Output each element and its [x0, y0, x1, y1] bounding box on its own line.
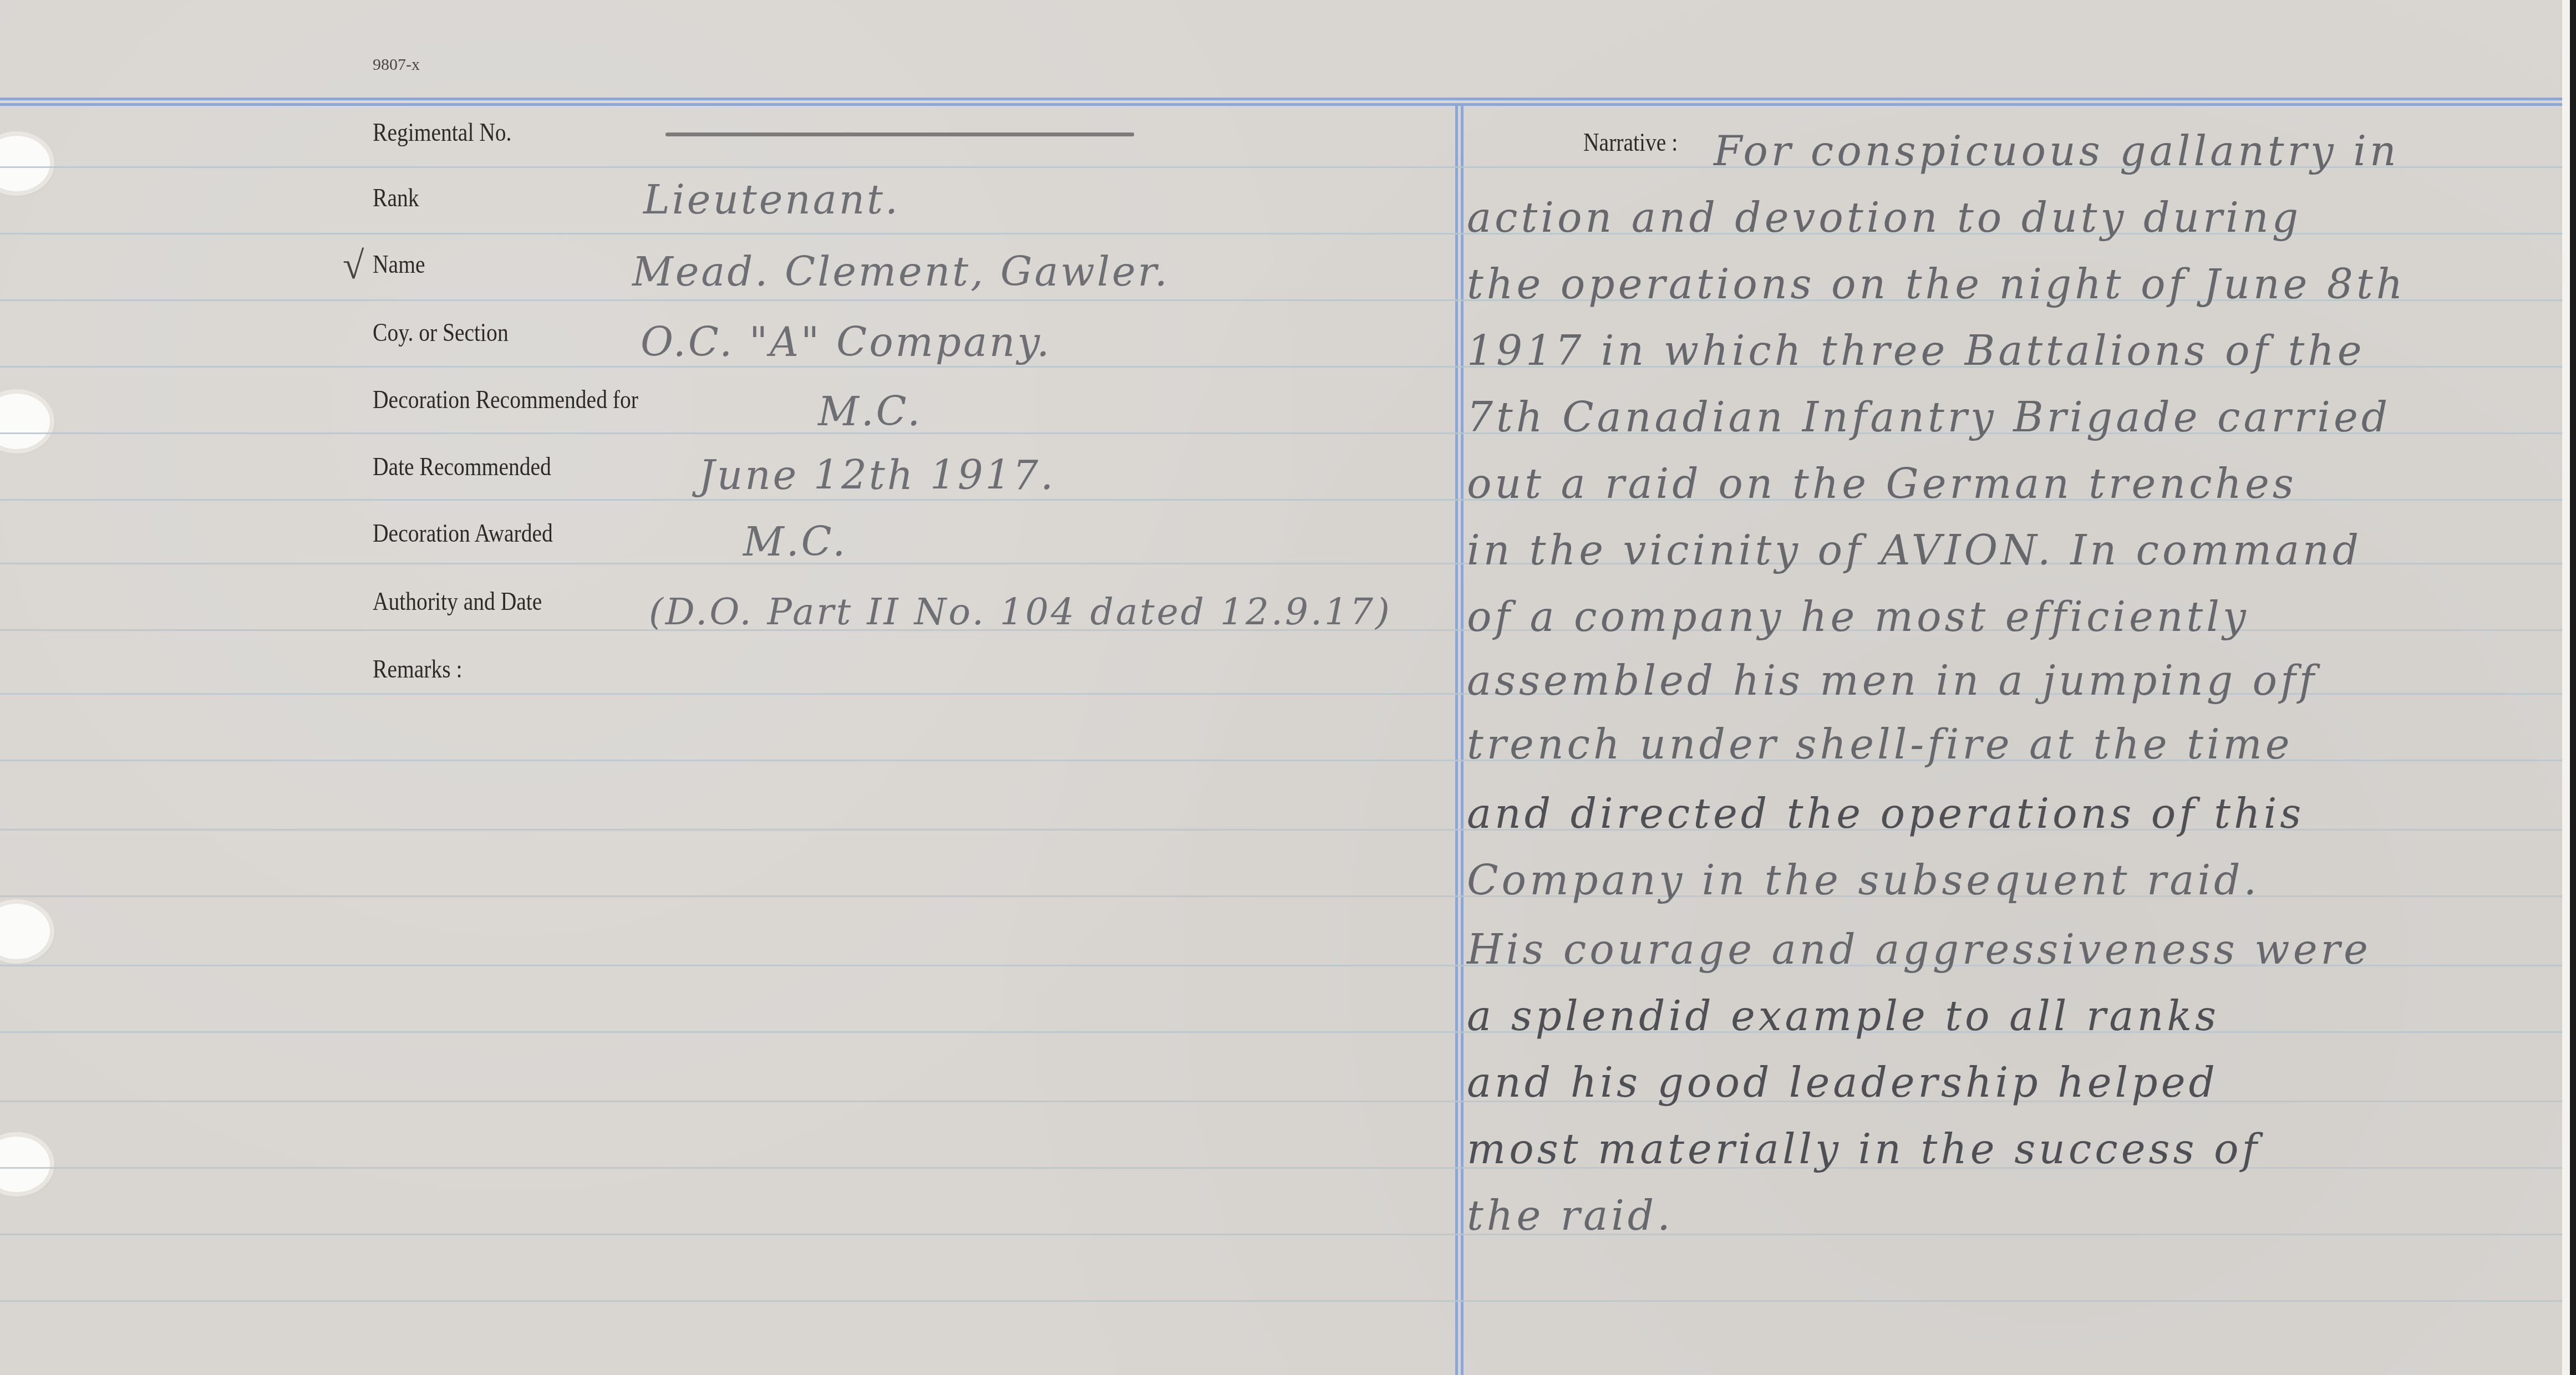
- narrative-line: and his good leadership helped: [1467, 1059, 2218, 1107]
- header-rule: [0, 103, 2562, 106]
- regimental-no-blank: [665, 133, 1134, 136]
- check-mark-icon: √: [343, 244, 364, 288]
- narrative-line: 1917 in which three Battalions of the: [1467, 327, 2365, 375]
- punch-hole: [0, 904, 50, 959]
- decoration-awarded-label: Decoration Awarded: [373, 518, 553, 548]
- narrative-line: the operations on the night of June 8th: [1467, 261, 2406, 308]
- decoration-recommended-value: M.C.: [818, 388, 922, 435]
- regimental-no-label: Regimental No.: [373, 118, 512, 147]
- name-value: Mead. Clement, Gawler.: [632, 248, 1170, 295]
- narrative-line: For conspicuous gallantry in: [1714, 128, 2400, 175]
- coy-section-label: Coy. or Section: [373, 318, 509, 347]
- authority-date-label: Authority and Date: [373, 587, 542, 616]
- column-divider: [1461, 104, 1464, 1375]
- ruled-line: [0, 1300, 2562, 1302]
- narrative-line: trench under shell-fire at the time: [1467, 721, 2293, 768]
- narrative-line: and directed the operations of this: [1467, 790, 2304, 838]
- decoration-awarded-value: M.C.: [743, 518, 847, 565]
- punch-hole: [0, 136, 50, 191]
- date-recommended-label: Date Recommended: [373, 452, 551, 481]
- decoration-recommended-label: Decoration Recommended for: [373, 385, 638, 414]
- narrative-line: action and devotion to duty during: [1467, 194, 2301, 242]
- punch-hole: [0, 1137, 50, 1192]
- authority-date-value: (D.O. Part II No. 104 dated 12.9.17): [649, 590, 1392, 633]
- punch-hole: [0, 394, 50, 449]
- narrative-line: in the vicinity of AVION. In command: [1467, 527, 2362, 574]
- rank-label: Rank: [373, 183, 419, 212]
- narrative-line: out a raid on the German trenches: [1467, 460, 2297, 508]
- column-divider: [1455, 104, 1458, 1375]
- date-recommended-value: June 12th 1917.: [699, 452, 1055, 498]
- narrative-line: a splendid example to all ranks: [1467, 992, 2219, 1040]
- form-code: 9807-x: [373, 55, 420, 74]
- name-label: Name: [373, 249, 425, 279]
- narrative-line: most materially in the success of: [1467, 1126, 2260, 1173]
- narrative-line: His courage and aggressiveness were: [1467, 926, 2371, 974]
- record-card: 9807-x Regimental No. Rank Lieutenant. √…: [0, 0, 2562, 1375]
- scan-border: [2570, 0, 2576, 1375]
- scan-edge: [2562, 0, 2570, 1375]
- ruled-line: [0, 1234, 2562, 1235]
- rank-value: Lieutenant.: [643, 176, 900, 223]
- narrative-line: assembled his men in a jumping off: [1467, 657, 2318, 705]
- narrative-line: of a company he most efficiently: [1467, 593, 2249, 641]
- narrative-line: 7th Canadian Infantry Brigade carried: [1467, 394, 2391, 441]
- narrative-label: Narrative :: [1583, 128, 1678, 157]
- coy-section-value: O.C. "A" Company.: [641, 319, 1051, 365]
- narrative-line: Company in the subsequent raid.: [1467, 857, 2260, 904]
- remarks-label: Remarks :: [373, 654, 463, 684]
- narrative-line: the raid.: [1467, 1192, 1674, 1240]
- header-rule: [0, 98, 2562, 100]
